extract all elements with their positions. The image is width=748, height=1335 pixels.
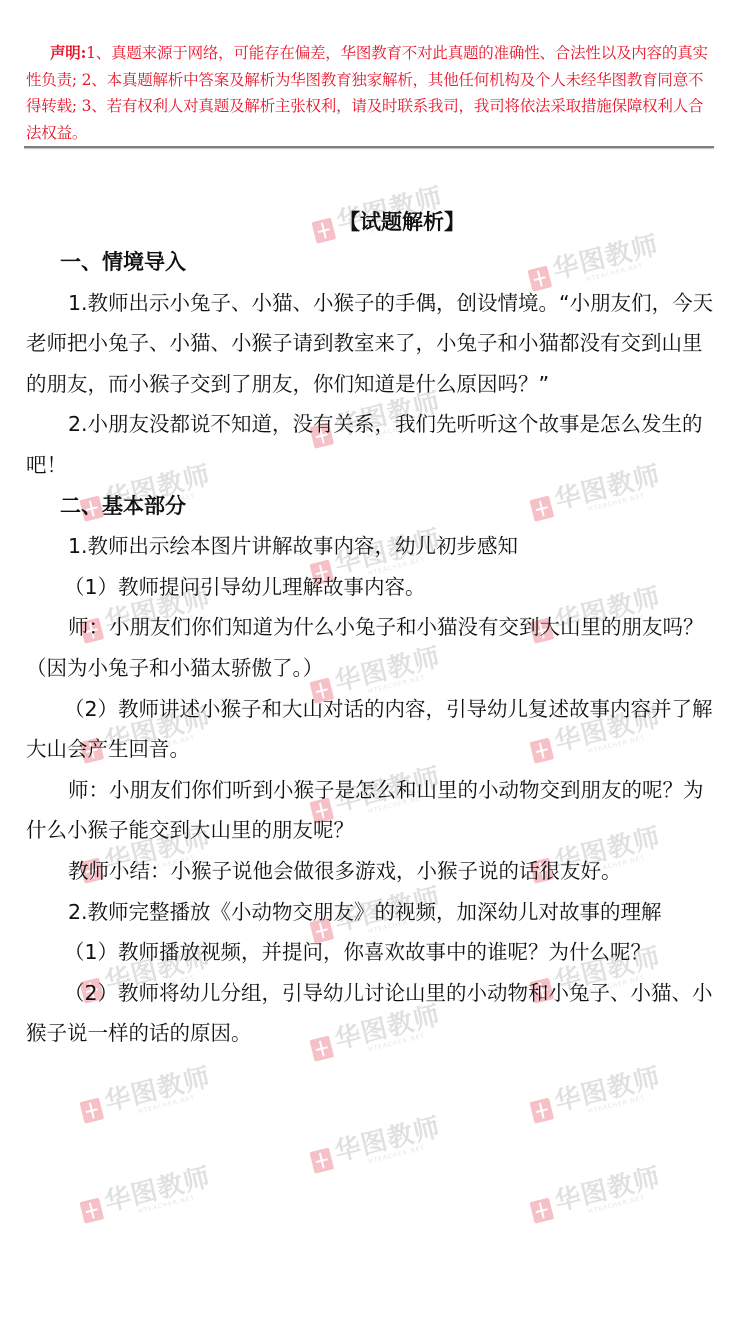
watermark: 华图教师HTEACHER.NET [78,1064,215,1128]
watermark: 华图教师HTEACHER.NET [528,1064,665,1128]
paragraph: 师：小朋友们你们听到小猴子是怎么和山里的小动物交到朋友的呢？为什么小猴子能交到大… [26,770,718,851]
header-divider [24,146,714,148]
watermark-subtext: HTEACHER.NET [109,1191,215,1223]
watermark-text: 华图教师 [552,1064,663,1115]
disclaimer-lead: 声明: [50,43,86,62]
section-heading: 一、情境导入 [26,242,718,283]
paragraph: 1.教师出示小兔子、小猫、小猴子的手偶，创设情境。“小朋友们，今天老师把小兔子、… [26,283,718,405]
document-body: 【试题解析】 一、情境导入 1.教师出示小兔子、小猫、小猴子的手偶，创设情境。“… [26,202,718,1054]
watermark-logo-icon [309,1147,334,1173]
watermark-subtext: HTEACHER.NET [109,1091,215,1123]
paragraph: 师：小朋友们你们知道为什么小兔子和小猫没有交到大山里的朋友吗？（因为小兔子和小猫… [26,607,718,688]
watermark-text: 华图教师 [102,1064,213,1115]
disclaimer-text: 1、真题来源于网络，可能存在偏差，华图教育不对此真题的准确性、合法性以及内容的真… [26,44,708,142]
watermark: 华图教师HTEACHER.NET [308,1114,445,1178]
watermark: 华图教师HTEACHER.NET [78,1164,215,1228]
watermark-logo-icon [529,1197,554,1223]
section-heading: 二、基本部分 [26,486,718,527]
watermark-subtext: HTEACHER.NET [559,1091,665,1123]
watermark-logo-icon [79,1197,104,1223]
watermark-text: 华图教师 [332,1114,443,1165]
paragraph: （1）教师播放视频，并提问，你喜欢故事中的谁呢？为什么呢？ [26,932,718,973]
watermark-logo-icon [529,1097,554,1123]
watermark: 华图教师HTEACHER.NET [528,1164,665,1228]
document-title: 【试题解析】 [26,202,718,242]
watermark-logo-icon [79,1097,104,1123]
paragraph: （2）教师讲述小猴子和大山对话的内容，引导幼儿复述故事内容并了解大山会产生回音。 [26,689,718,770]
disclaimer: 声明:1、真题来源于网络，可能存在偏差，华图教育不对此真题的准确性、合法性以及内… [26,40,716,146]
watermark-subtext: HTEACHER.NET [339,1141,445,1173]
paragraph: （1）教师提问引导幼儿理解故事内容。 [26,567,718,608]
paragraph: 教师小结：小猴子说他会做很多游戏，小猴子说的话很友好。 [26,851,718,892]
paragraph: 1.教师出示绘本图片讲解故事内容，幼儿初步感知 [26,526,718,567]
watermark-text: 华图教师 [552,1164,663,1215]
paragraph: 2.小朋友没都说不知道，没有关系，我们先听听这个故事是怎么发生的吧！ [26,404,718,485]
paragraph: 2.教师完整播放《小动物交朋友》的视频，加深幼儿对故事的理解 [26,892,718,933]
watermark-text: 华图教师 [102,1164,213,1215]
paragraph: （2）教师将幼儿分组，引导幼儿讨论山里的小动物和小兔子、小猫、小猴子说一样的话的… [26,973,718,1054]
watermark-subtext: HTEACHER.NET [559,1191,665,1223]
